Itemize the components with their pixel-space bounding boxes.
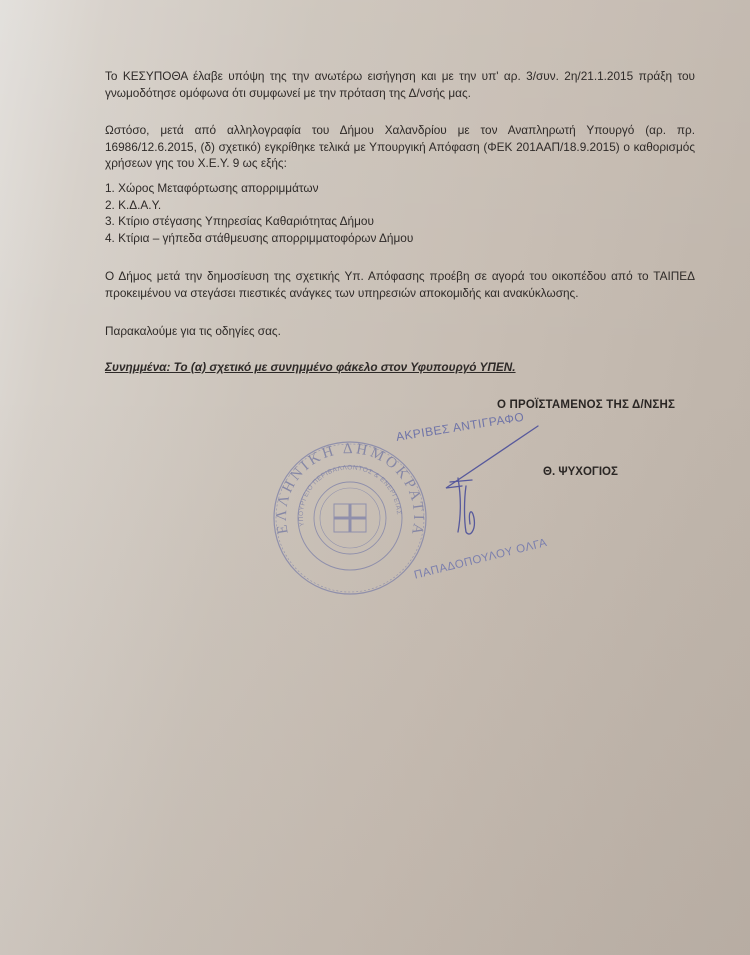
paragraph-kesypotha: Το ΚΕΣΥΠΟΘΑ έλαβε υπόψη της την ανωτέρω … xyxy=(105,68,695,101)
land-use-list: 1. Χώρος Μεταφόρτωσης απορριμμάτων 2. Κ.… xyxy=(105,180,413,246)
list-item: 2. Κ.Δ.Α.Υ. xyxy=(105,197,413,214)
list-item: 4. Κτίρια – γήπεδα στάθμευσης απορριμματ… xyxy=(105,230,413,247)
paragraph-request: Παρακαλούμε για τις οδηγίες σας. xyxy=(105,323,281,340)
attachments-note: Συνημμένα: Το (α) σχετικό με συνημμένο φ… xyxy=(105,359,516,376)
official-seal-icon: ΕΛΛΗΝΙΚΗ ΔΗΜΟΚΡΑΤΙΑ ΥΠΟΥΡΓΕΙΟ ΠΕΡΙΒΑΛΛΟΝ… xyxy=(270,438,430,598)
paragraph-purchase: Ο Δήμος μετά την δημοσίευση της σχετικής… xyxy=(105,268,695,301)
handwritten-signature-icon xyxy=(420,420,560,550)
list-item: 3. Κτίριο στέγασης Υπηρεσίας Καθαριότητα… xyxy=(105,213,413,230)
signatory-title: Ο ΠΡΟΪΣΤΑΜΕΝΟΣ ΤΗΣ Δ/ΝΣΗΣ xyxy=(497,399,675,411)
list-item: 1. Χώρος Μεταφόρτωσης απορριμμάτων xyxy=(105,180,413,197)
paragraph-land-use-approval: Ωστόσο, μετά από αλληλογραφία του Δήμου … xyxy=(105,122,695,172)
